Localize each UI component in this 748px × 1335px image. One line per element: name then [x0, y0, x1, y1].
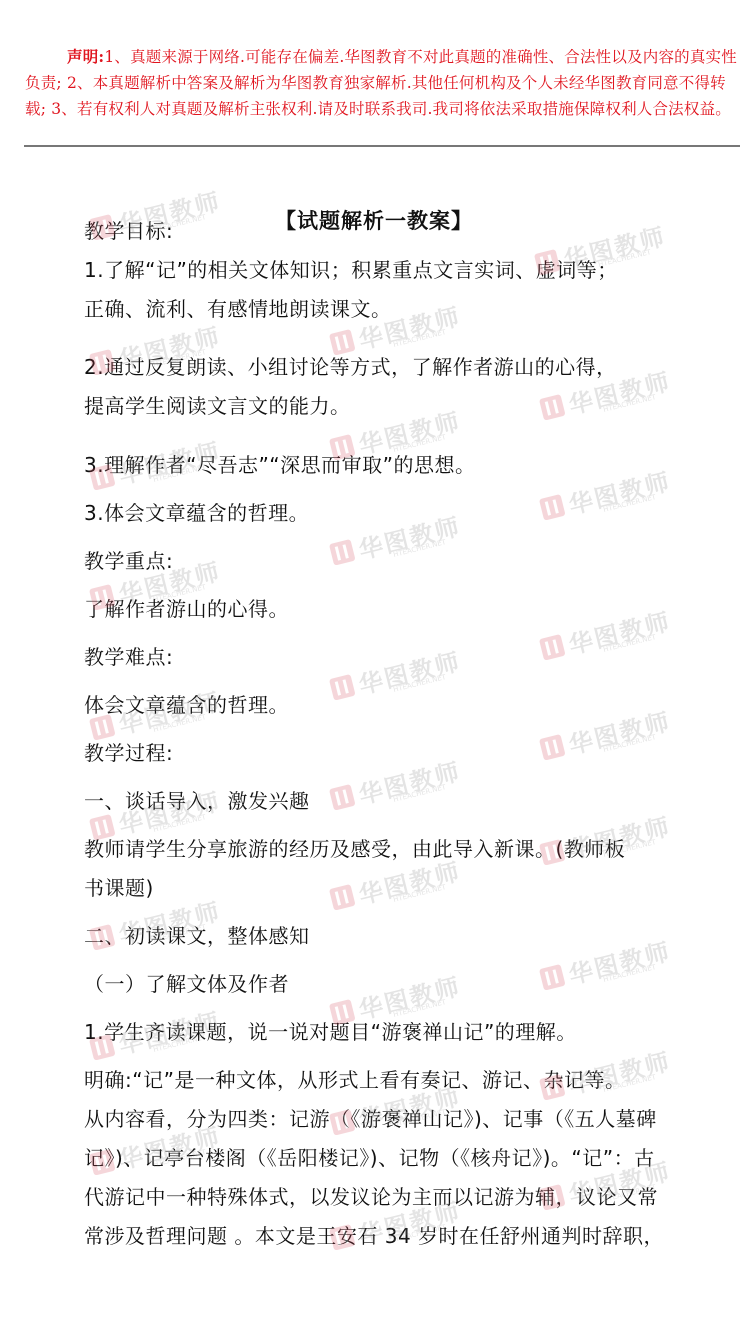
text-line: 3.体会文章蕴含的哲理。 [84, 494, 744, 533]
text-line: 代游记中一种特殊体式，以发议论为主而以记游为辅，议论又常 [84, 1178, 744, 1217]
text-line: 教学重点: [84, 542, 744, 581]
text-line: 教学过程: [84, 734, 744, 773]
text-line: 2.通过反复朗读、小组讨论等方式，了解作者游山的心得， [84, 348, 744, 387]
text-line: 从内容看，分为四类：记游（《游褒禅山记》)、记事（《五人墓碑 [84, 1100, 744, 1139]
disclaimer-notice: 声明:1、真题来源于网络.可能存在偏差.华图教育不对此真题的准确性、合法性以及内… [25, 44, 741, 122]
text-line: 书课题) [84, 869, 744, 908]
text-line: 1.学生齐读课题，说一说对题目“游褒禅山记”的理解。 [84, 1013, 744, 1052]
text-line: 记》)、记亭台楼阁（《岳阳楼记》)、记物（《核舟记》)。“记”：古 [84, 1139, 744, 1178]
watermark-subtext: HTEACHER.NET [392, 328, 446, 349]
text-line: 明确:“记”是一种文体，从形式上看有奏记、游记、杂记等。 [84, 1061, 744, 1100]
disclaimer-label: 声明: [67, 47, 104, 66]
text-line: 1.了解“记”的相关文体知识；积累重点文言实词、虚词等； [84, 251, 744, 290]
text-line: 教学目标: [84, 212, 744, 251]
text-line: 二、初读课文，整体感知 [84, 917, 744, 956]
text-line: （一）了解文体及作者 [84, 965, 744, 1004]
text-line: 正确、流利、有感情地朗读课文。 [84, 290, 744, 329]
text-line: 3.理解作者“尽吾志”“深思而审取”的思想。 [84, 446, 744, 485]
text-line: 常涉及哲理问题 。本文是王安石 34 岁时在任舒州通判时辞职， [84, 1217, 744, 1256]
text-line: 提高学生阅读文言文的能力。 [84, 387, 744, 426]
text-line: 了解作者游山的心得。 [84, 590, 744, 629]
header-divider [24, 145, 740, 147]
text-line: 体会文章蕴含的哲理。 [84, 686, 744, 725]
text-line: 一、谈话导入，激发兴趣 [84, 782, 744, 821]
text-line: 教学难点: [84, 638, 744, 677]
disclaimer-text: 1、真题来源于网络.可能存在偏差.华图教育不对此真题的准确性、合法性以及内容的真… [25, 48, 737, 118]
text-line: 教师请学生分享旅游的经历及感受，由此导入新课。(教师板 [84, 830, 744, 869]
